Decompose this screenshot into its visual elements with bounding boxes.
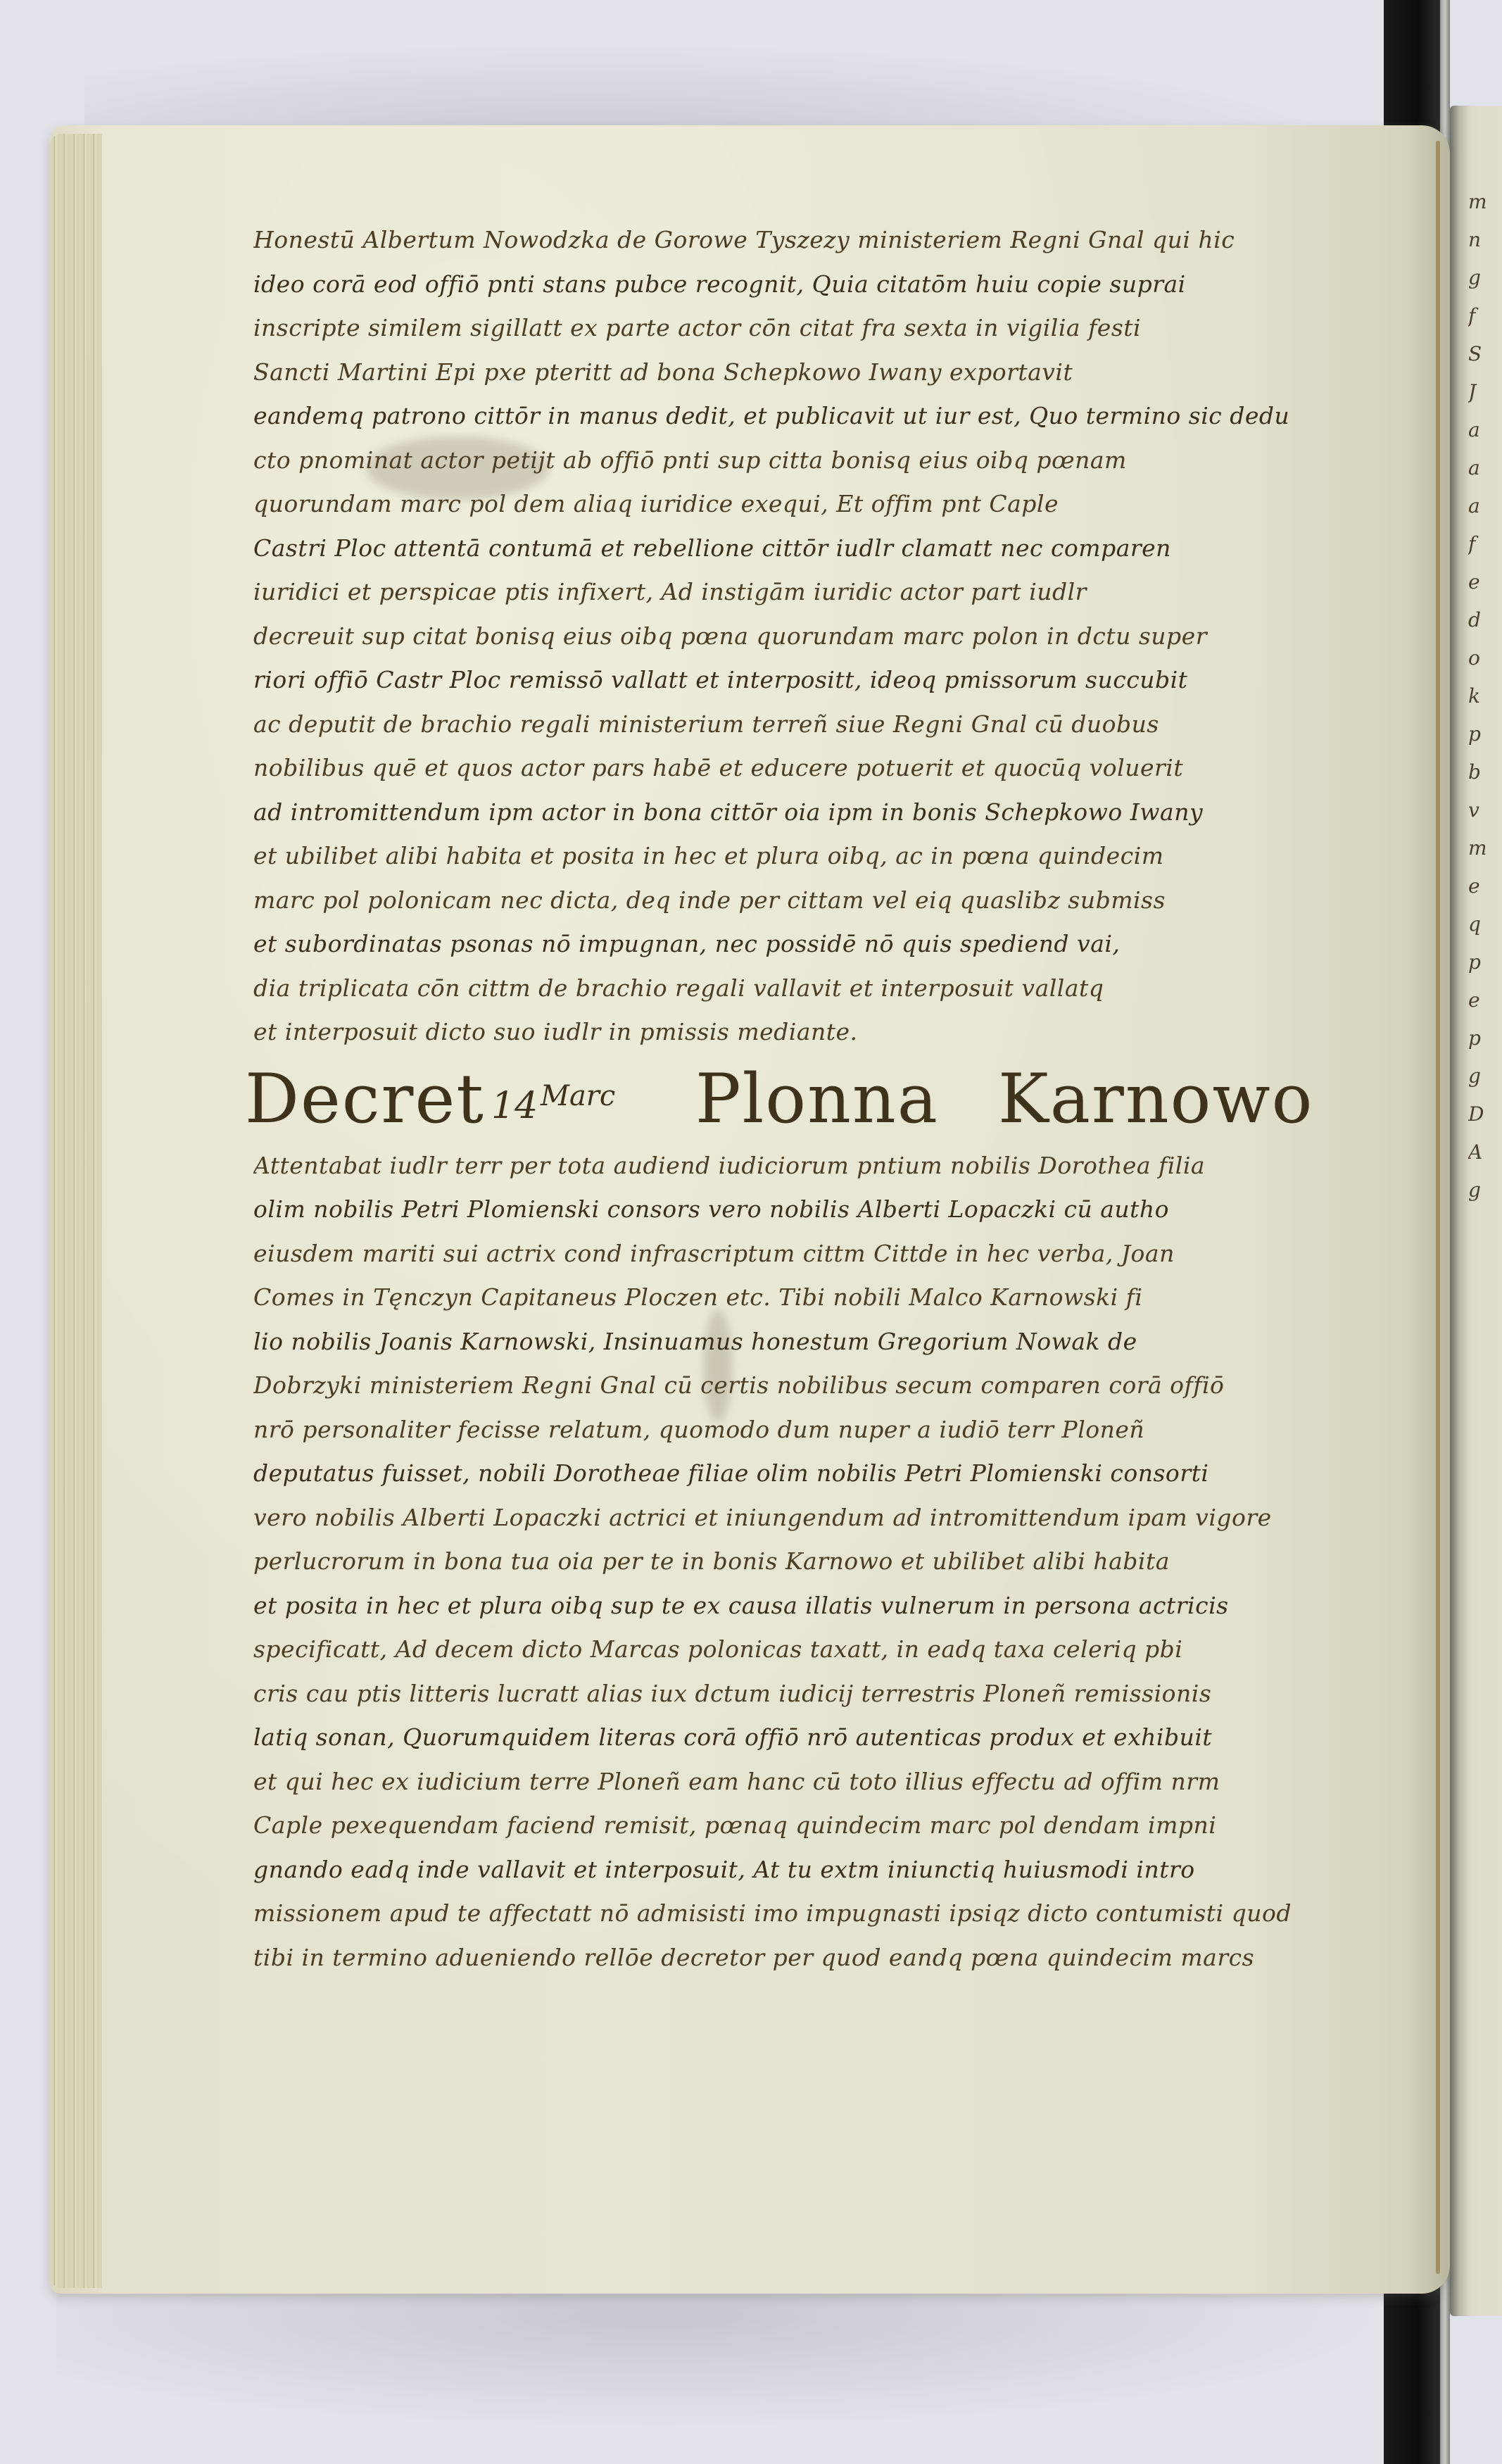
manuscript-line: ac deputit de brachio regali ministerium… (253, 703, 1380, 747)
manuscript-line: specificatt, Ad decem dicto Marcas polon… (253, 1628, 1380, 1672)
manuscript-line: cris cau ptis litteris lucratt alias iux… (253, 1672, 1380, 1716)
manuscript-line: Castri Ploc attentā contumā et rebellion… (253, 527, 1380, 571)
manuscript-line: ideo corā eod offiō pnti stans pubce rec… (253, 263, 1380, 307)
manuscript-line: riori offiō Castr Ploc remissō vallatt e… (253, 658, 1380, 703)
neighbor-page-text: m n g f S J a a a f e d o k p b v m e q … (1468, 183, 1502, 1209)
entry-previous-text: Honestū Albertum Nowodzka de Gorowe Tysz… (253, 218, 1380, 1055)
entry-decret-text: Attentabat iudlr terr per tota audiend i… (253, 1144, 1380, 1980)
manuscript-line: eandemq patrono cittōr in manus dedit, e… (253, 394, 1380, 439)
manuscript-line: latiq sonan, Quorumquidem literas corā o… (253, 1716, 1380, 1760)
manuscript-line: nobilibus quē et quos actor pars habē et… (253, 746, 1380, 791)
manuscript-line: et qui hec ex iudicium terre Ploneñ eam … (253, 1760, 1380, 1804)
manuscript-line: tibi in termino adueniendo rellōe decret… (253, 1936, 1380, 1980)
page-stack-edge (49, 134, 102, 2288)
heading-place: Plonna (695, 1060, 939, 1138)
manuscript-line: perlucrorum in bona tua oia per te in bo… (253, 1540, 1380, 1584)
manuscript-line: quorundam marc pol dem aliaq iuridice ex… (253, 482, 1380, 527)
manuscript-line: inscripte similem sigillatt ex parte act… (253, 306, 1380, 351)
manuscript-line: decreuit sup citat bonisq eius oibq pœna… (253, 615, 1380, 659)
manuscript-line: lio nobilis Joanis Karnowski, Insinuamus… (253, 1320, 1380, 1364)
manuscript-line: Attentabat iudlr terr per tota audiend i… (253, 1144, 1380, 1188)
manuscript-line: vero nobilis Alberti Lopaczki actrici et… (253, 1496, 1380, 1540)
manuscript-line: et subordinatas psonas nō impugnan, nec … (253, 922, 1380, 967)
manuscript-line: dia triplicata cōn cittm de brachio rega… (253, 967, 1380, 1011)
manuscript-line: Caple pexequendam faciend remisit, pœnaq… (253, 1804, 1380, 1848)
entry-heading: Decret 14 Marc Plonna Karnowo (245, 1060, 1380, 1141)
manuscript-line: marc pol polonicam nec dicta, deq inde p… (253, 879, 1380, 923)
manuscript-line: Comes in Tęnczyn Capitaneus Ploczen etc.… (253, 1276, 1380, 1320)
heading-decret: Decret (245, 1060, 485, 1138)
manuscript-line: nrō personaliter fecisse relatum, quomod… (253, 1408, 1380, 1452)
background-shadow-bottom (56, 2288, 1394, 2429)
manuscript-line: Dobrzyki ministeriem Regni Gnal cū certi… (253, 1364, 1380, 1408)
manuscript-line: gnando eadq inde vallavit et interposuit… (253, 1848, 1380, 1892)
manuscript-line: iuridici et perspicae ptis infixert, Ad … (253, 570, 1380, 615)
heading-month: Marc (541, 1057, 615, 1135)
manuscript-line: eiusdem mariti sui actrix cond infrascri… (253, 1232, 1380, 1276)
manuscript-line: olim nobilis Petri Plomienski consors ve… (253, 1188, 1380, 1232)
heading-name: Karnowo (998, 1060, 1313, 1138)
manuscript-line: et interposuit dicto suo iudlr in pmissi… (253, 1010, 1380, 1055)
manuscript-line: ad intromittendum ipm actor in bona citt… (253, 791, 1380, 835)
manuscript-text: Honestū Albertum Nowodzka de Gorowe Tysz… (253, 218, 1380, 1980)
page-gutter-edge (1436, 141, 1440, 2274)
manuscript-line: Sancti Martini Epi pxe pteritt ad bona S… (253, 351, 1380, 395)
manuscript-line: Honestū Albertum Nowodzka de Gorowe Tysz… (253, 218, 1380, 263)
manuscript-line: et posita in hec et plura oibq sup te ex… (253, 1584, 1380, 1628)
heading-day: 14 (491, 1067, 538, 1145)
manuscript-line: missionem apud te affectatt nō admisisti… (253, 1892, 1380, 1936)
manuscript-line: cto pnominat actor petijt ab offiō pnti … (253, 439, 1380, 483)
manuscript-line: et ubilibet alibi habita et posita in he… (253, 834, 1380, 879)
manuscript-line: deputatus fuisset, nobili Dorotheae fili… (253, 1452, 1380, 1496)
